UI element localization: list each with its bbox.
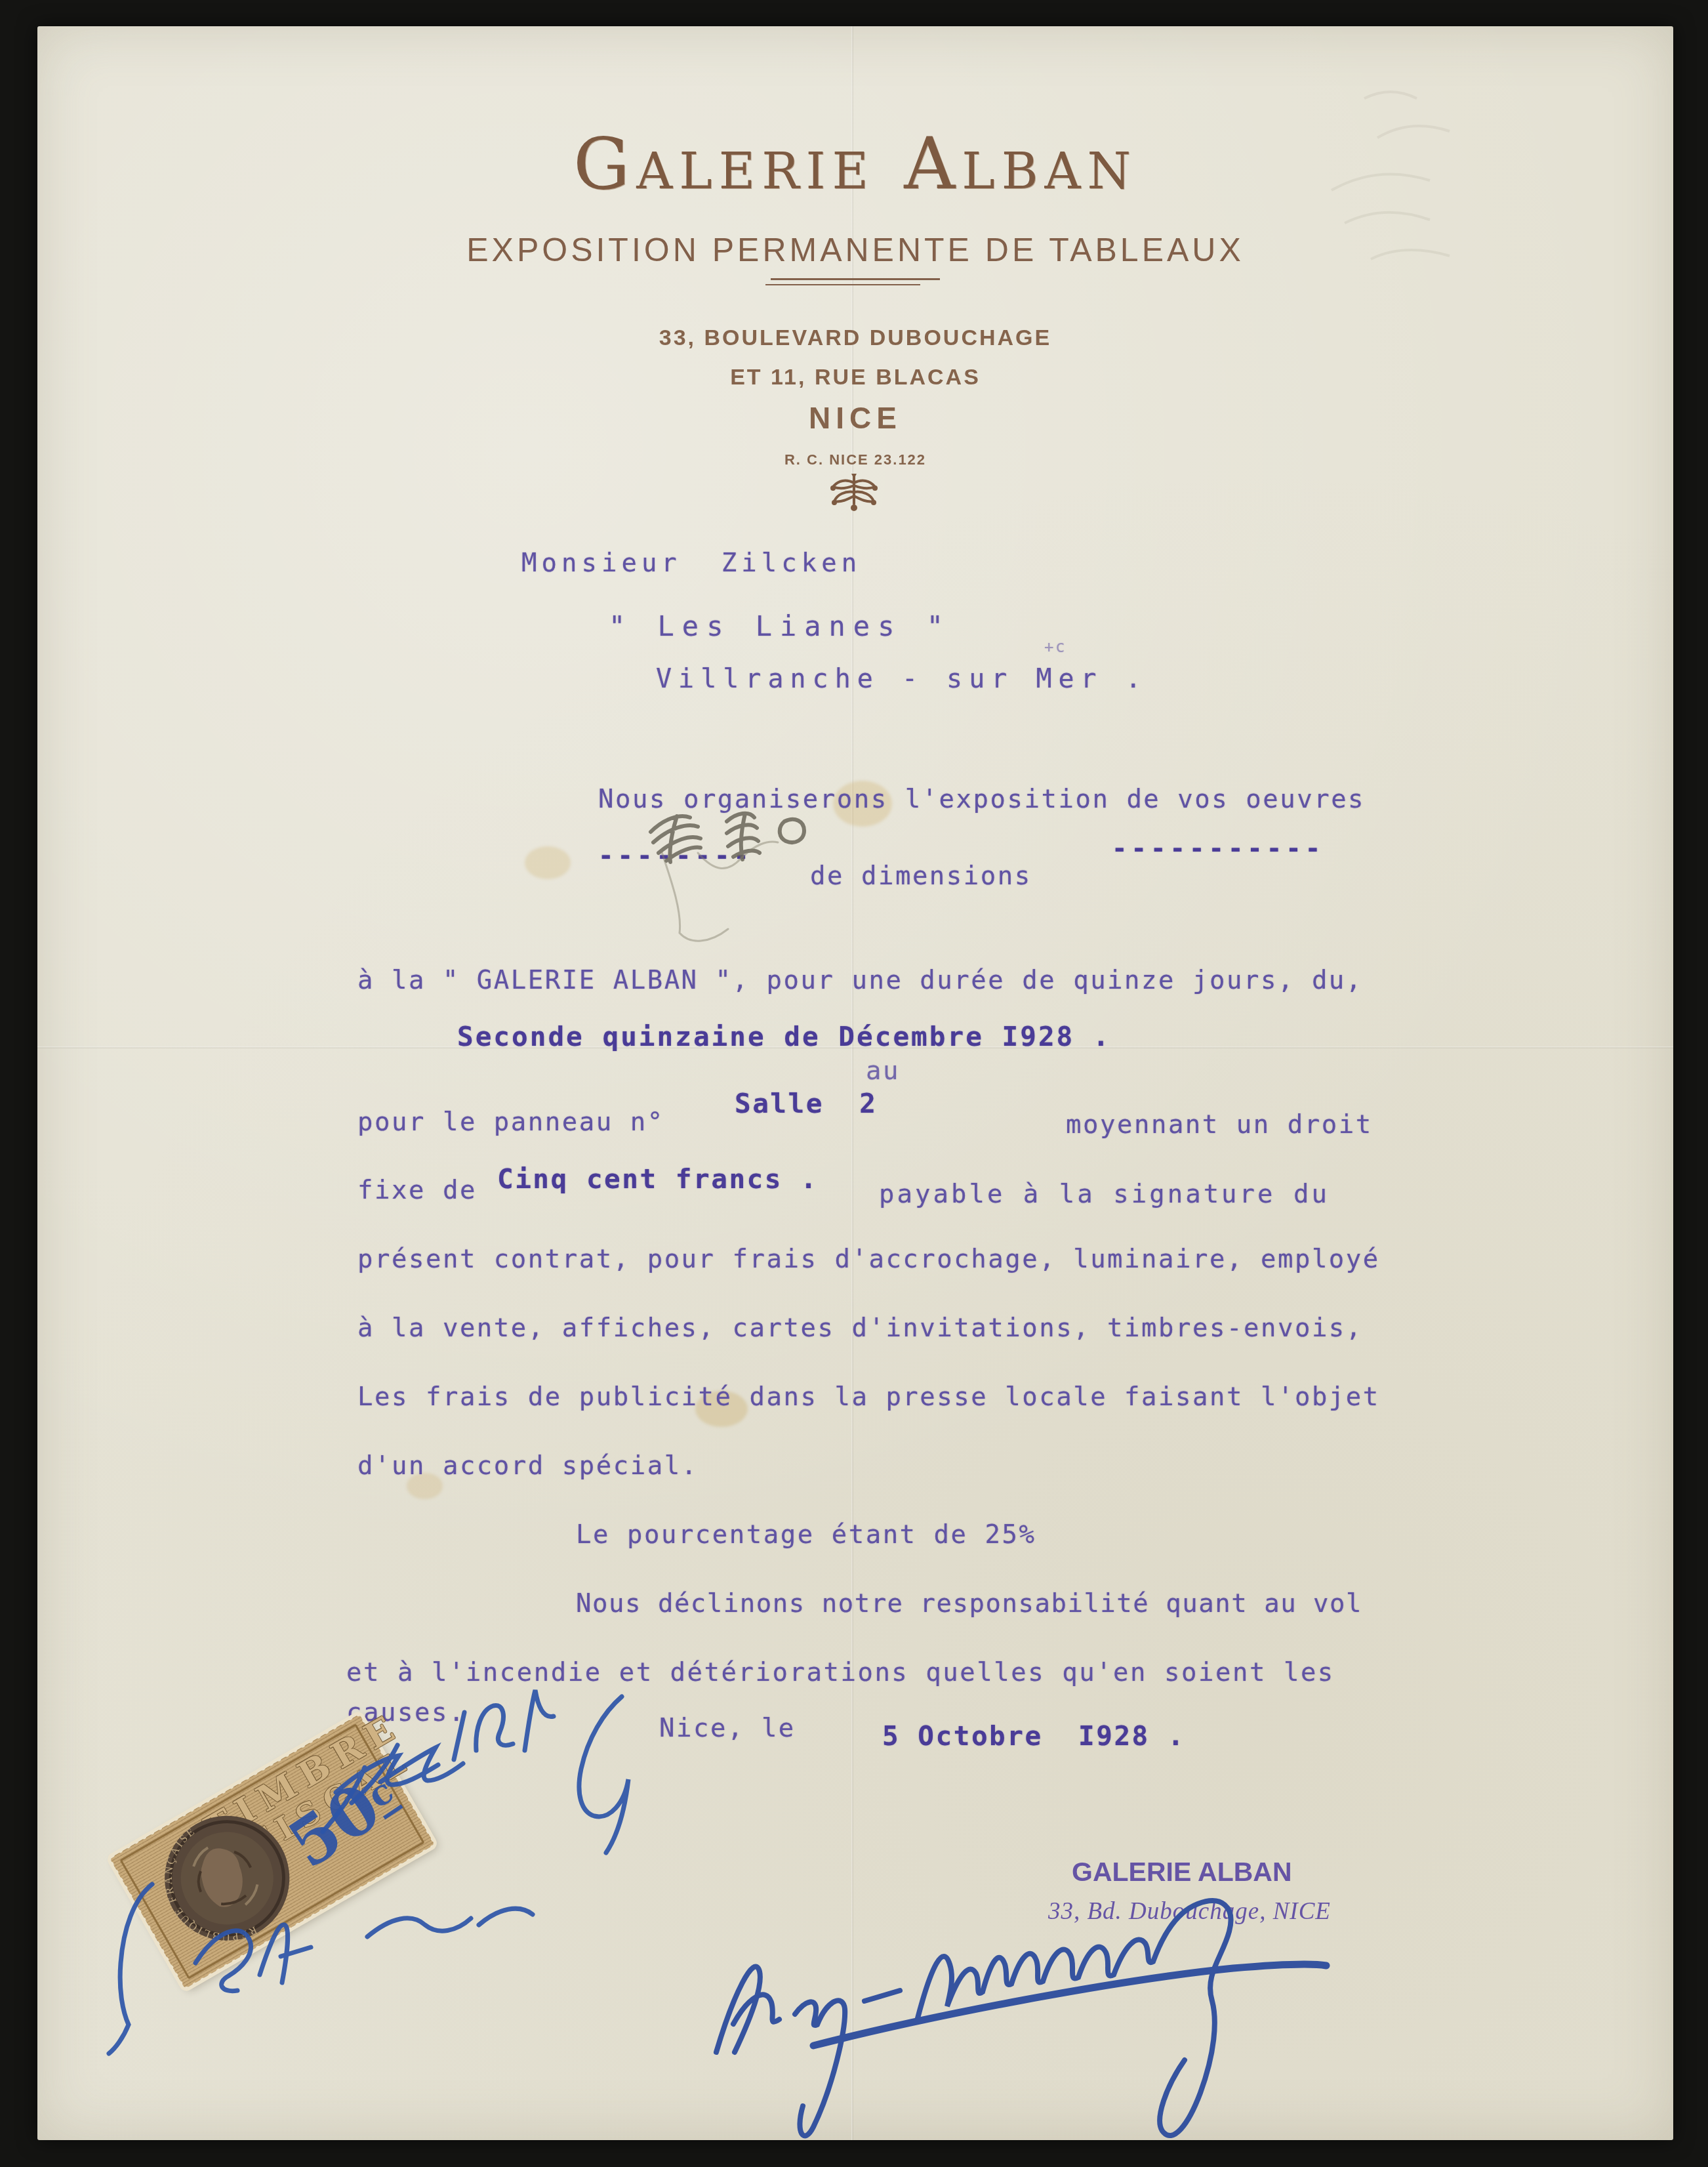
- body-dimensions-label: de dimensions: [810, 861, 1032, 891]
- body-liability-2: et à l'incendie et détériorations quelle…: [346, 1658, 1335, 1687]
- body-fee-cont: payable à la signature du: [879, 1180, 1330, 1209]
- paper-stain: [525, 846, 571, 879]
- recipient-villa: " Les Lianes ": [609, 610, 951, 642]
- filled-fee-amount: Cinq cent francs .: [497, 1163, 818, 1195]
- filled-exhibition-period: Seconde quinzaine de Décembre I928 .: [457, 1021, 1111, 1052]
- body-panel-label: pour le panneau n°: [357, 1107, 664, 1137]
- dateline-prefix: Nice, le: [659, 1714, 796, 1743]
- recipient-name: Monsieur Zilcken: [521, 548, 861, 578]
- preprinted-au: au: [866, 1056, 900, 1086]
- body-paragraph-3: Les frais de publicité dans la presse lo…: [357, 1382, 1380, 1412]
- blank-dashes-right: -----------: [1112, 835, 1324, 864]
- body-liability-1: Nous déclinons notre responsabilité quan…: [576, 1589, 1362, 1619]
- letterhead-city: NICE: [37, 400, 1673, 436]
- body-percentage-line: Le pourcentage étant de 25%: [576, 1520, 1036, 1550]
- body-paragraph-1: présent contrat, pour frais d'accrochage…: [357, 1245, 1380, 1274]
- body-paragraph-4: d'un accord spécial.: [357, 1451, 699, 1481]
- fleuron-ornament-icon: [828, 471, 880, 518]
- body-fee-right: moyennant un droit: [1066, 1110, 1373, 1140]
- body-intro-line: Nous organiserons l'exposition de vos oe…: [598, 785, 1365, 814]
- body-gallery-line: à la " GALERIE ALBAN ", pour une durée d…: [357, 966, 1363, 995]
- letterhead-registry: R. C. NICE 23.122: [37, 451, 1673, 468]
- letterhead-address-1: 33, BOULEVARD DUBOUCHAGE: [37, 325, 1673, 351]
- dateline-date: 5 Octobre I928 .: [882, 1720, 1185, 1752]
- letterhead-subtitle: EXPOSITION PERMANENTE DE TABLEAUX: [37, 231, 1673, 269]
- filled-salle-number: Salle 2: [735, 1088, 877, 1119]
- letterhead-double-rule: [771, 278, 940, 285]
- gallery-rubber-stamp-name: GALERIE ALBAN: [1072, 1857, 1292, 1888]
- body-paragraph-2: à la vente, affiches, cartes d'invitatio…: [357, 1313, 1363, 1343]
- body-fee-left: fixe de: [357, 1176, 477, 1205]
- letterhead-title: Galerie Alban: [37, 123, 1673, 205]
- blank-dashes-left: --------: [598, 842, 753, 871]
- gallery-rubber-stamp-address: 33, Bd. Dubouchage, NICE: [1048, 1897, 1331, 1926]
- recipient-city: Villranche - sur Mer .: [656, 664, 1148, 694]
- letterhead-address-2: ET 11, RUE BLACAS: [37, 365, 1673, 390]
- overtype-correction-mark: +c: [1044, 638, 1067, 656]
- scanned-letter-galerie-alban: { "scan": { "background": "#141412", "pa…: [0, 0, 1708, 2167]
